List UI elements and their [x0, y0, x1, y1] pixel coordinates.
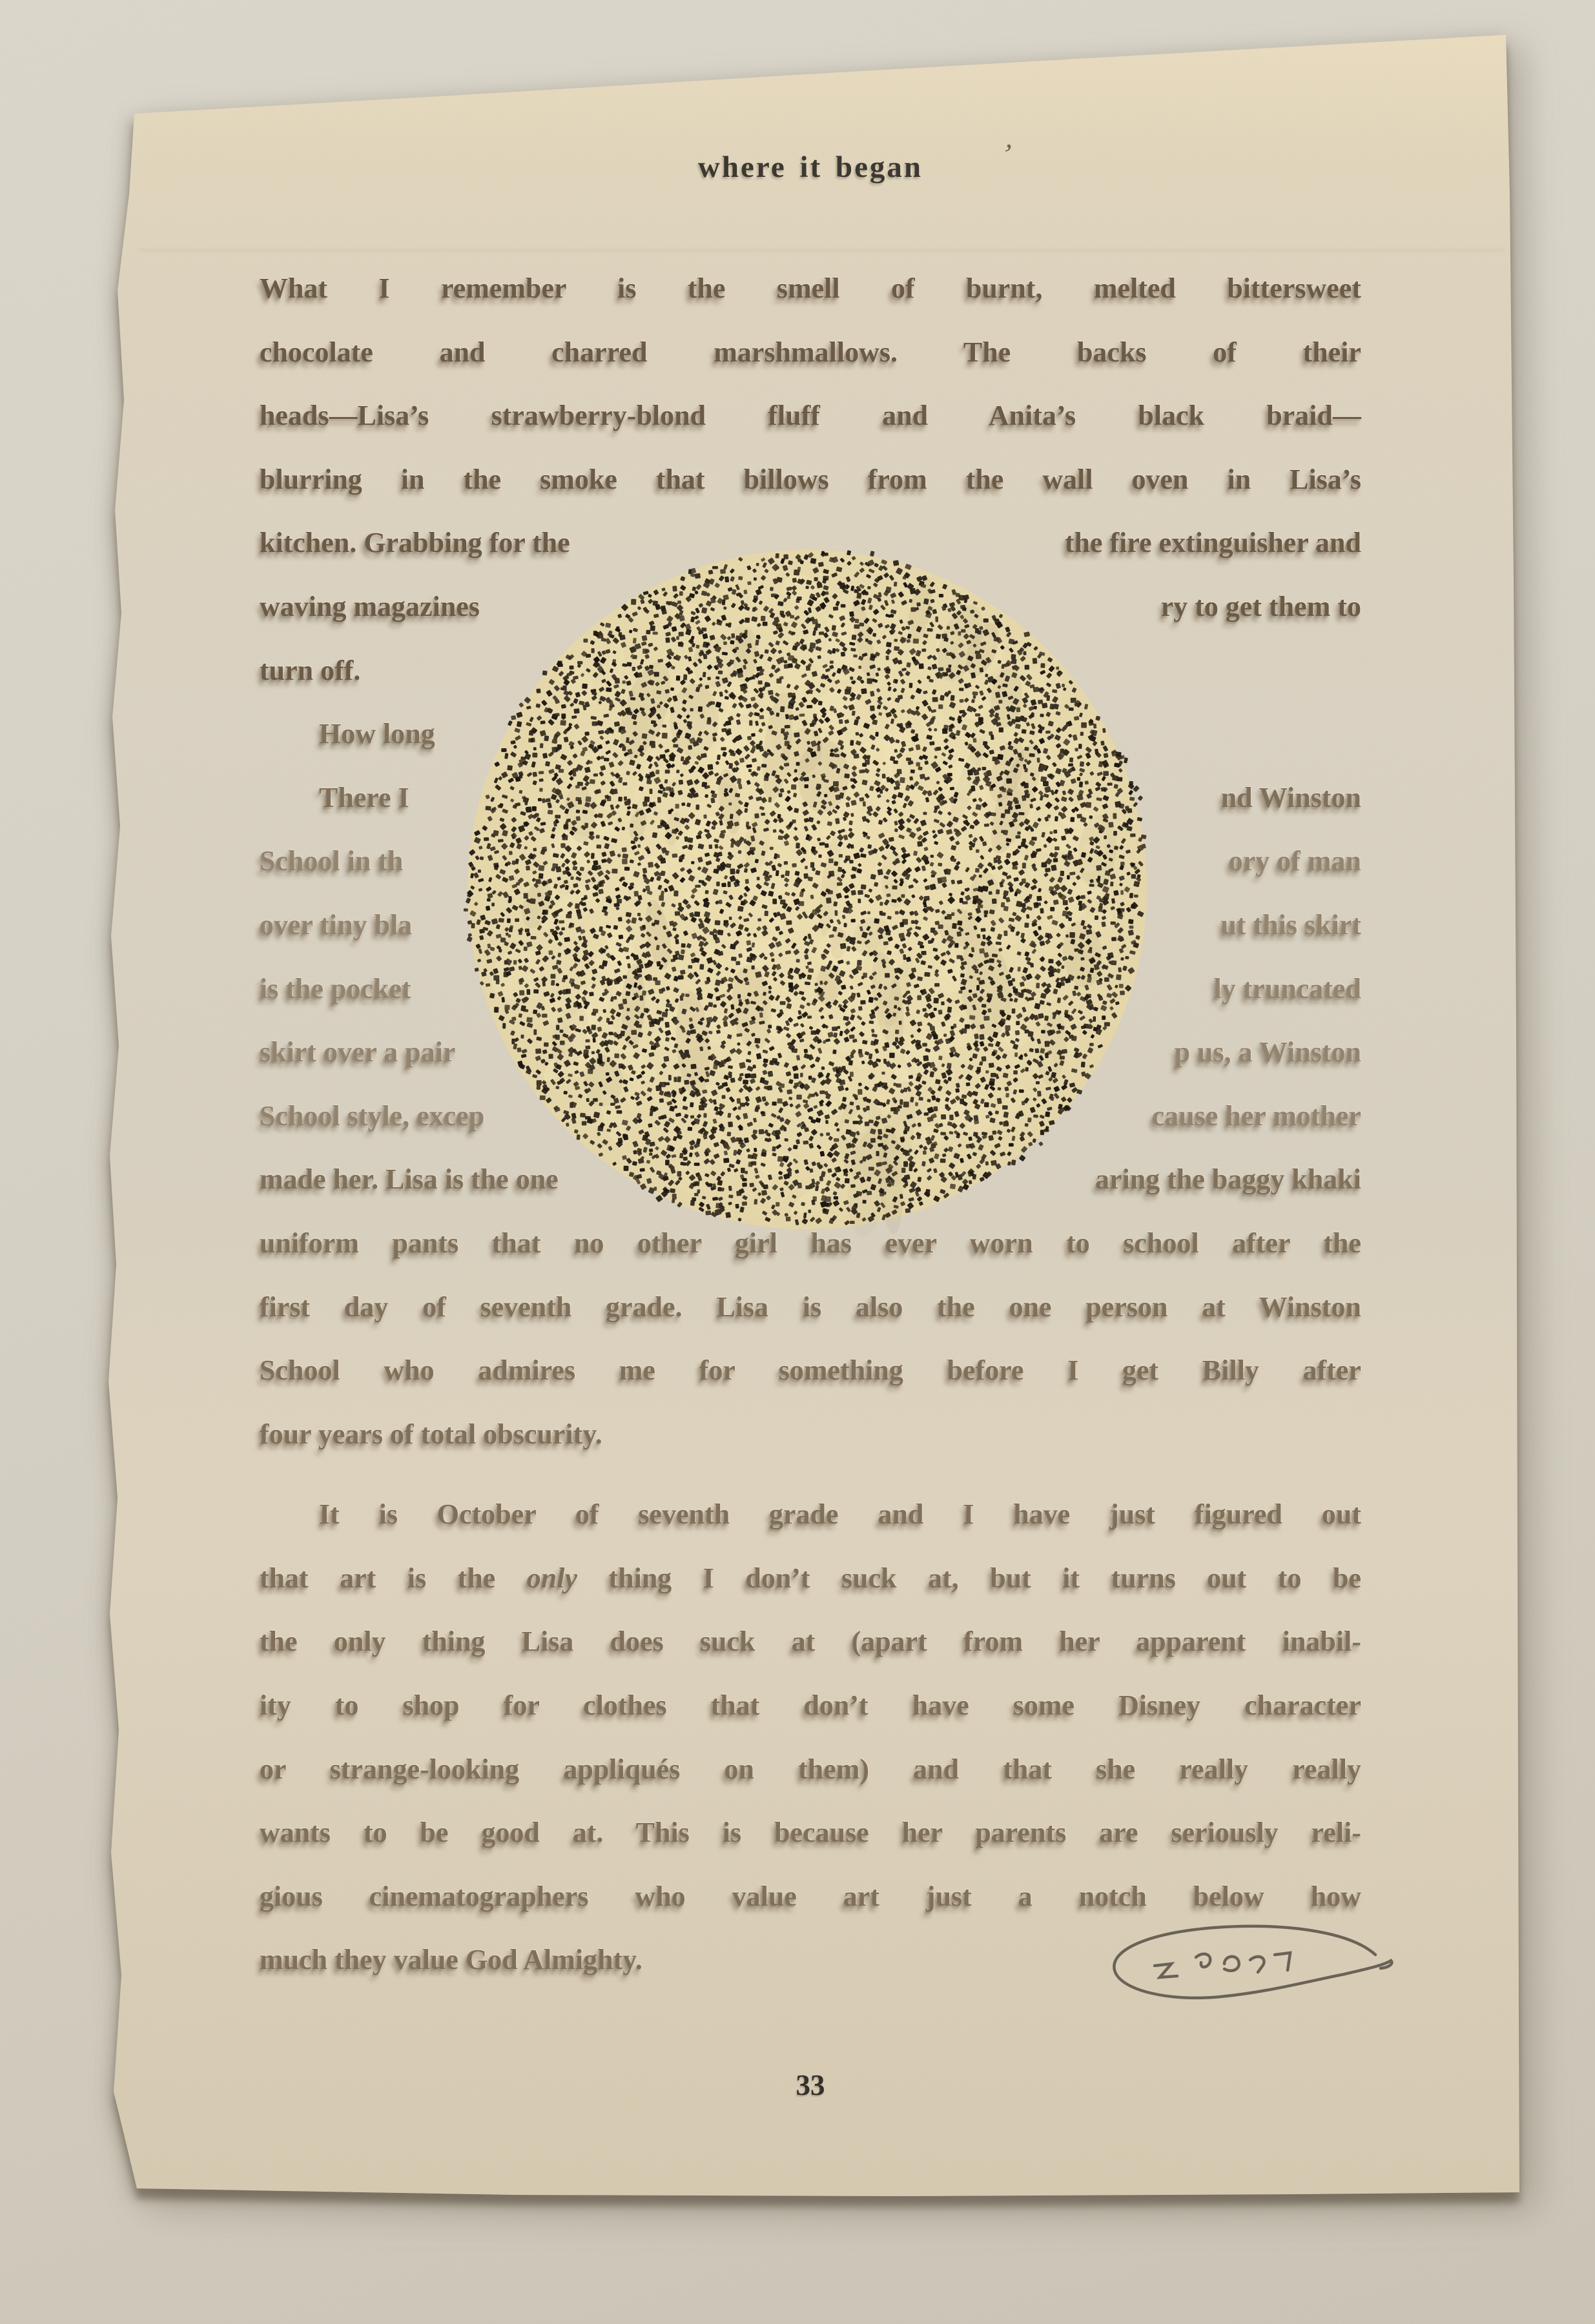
text-line: School who admires me for something befo… [260, 1339, 1361, 1403]
line-fragment-left: waving magazines [260, 575, 480, 639]
line-text: first day of seventh grade. Lisa is also… [260, 1291, 1361, 1323]
line-text: much they value God Almighty. [260, 1944, 643, 1975]
stippled-ink-circle [460, 543, 1154, 1236]
line-text: four years of total obscurity. [260, 1418, 602, 1450]
line-text: wants to be good at. This is because her… [260, 1817, 1361, 1848]
line-fragment-left: School style, excep [260, 1085, 484, 1148]
line-text: heads—Lisa’s strawberry-blond fluff and … [260, 400, 1361, 431]
line-fragment-left: skirt over a pair [260, 1021, 456, 1085]
text-line: that art is the only thing I don’t suck … [260, 1547, 1361, 1611]
line-text: the only thing Lisa does suck at (apart … [260, 1626, 1361, 1657]
text-line: four years of total obscurity. [260, 1403, 1361, 1467]
italic-word: only [527, 1562, 577, 1594]
text-line: first day of seventh grade. Lisa is also… [260, 1276, 1361, 1340]
line-text: or strange-looking appliqués on them) an… [260, 1753, 1361, 1785]
line-fragment-right: cause her mother [1152, 1085, 1361, 1148]
line-text: What I remember is the smell of burnt, m… [260, 272, 1361, 304]
line-text: blurring in the smoke that billows from … [260, 464, 1361, 495]
signature-oval-loop [1114, 1926, 1392, 1998]
line-text: that art is the [260, 1562, 527, 1594]
paper-crease-line [139, 249, 1505, 251]
line-fragment-right: ut this skirt [1220, 893, 1361, 957]
text-line: blurring in the smoke that billows from … [260, 448, 1361, 512]
line-fragment-right: p us, a Winston [1175, 1021, 1361, 1085]
text-line: chocolate and charred marshmallows. The … [260, 321, 1361, 385]
line-text: It is October of seventh grade and I hav… [319, 1498, 1361, 1530]
line-text: chocolate and charred marshmallows. The … [260, 336, 1361, 368]
photograph-of-book-page-artwork: where it began ’ What I remember is the … [0, 0, 1595, 2324]
line-fragment-left: How long [319, 702, 435, 766]
running-header-title: where it began [260, 150, 1361, 201]
line-fragment-left: is the pocket [260, 957, 411, 1021]
line-text: ity to shop for clothes that don’t have … [260, 1689, 1361, 1721]
page-shadow-wrapper: where it began ’ What I remember is the … [0, 0, 1595, 2324]
line-fragment-left: School in th [260, 830, 404, 893]
page-number: 33 [260, 2068, 1361, 2114]
signature-scribble [1155, 1953, 1290, 1977]
text-line: the only thing Lisa does suck at (apart … [260, 1610, 1361, 1674]
text-line: or strange-looking appliqués on them) an… [260, 1738, 1361, 1802]
text-line: heads—Lisa’s strawberry-blond fluff and … [260, 384, 1361, 448]
text-line: What I remember is the smell of burnt, m… [260, 257, 1361, 321]
line-fragment-right: ly truncated [1213, 957, 1361, 1021]
artist-signature [1072, 1904, 1395, 2033]
text-line: wants to be good at. This is because her… [260, 1801, 1361, 1865]
text-line: It is October of seventh grade and I hav… [260, 1483, 1361, 1547]
line-fragment-right: ry to get them to [1161, 575, 1361, 639]
line-fragment-right: ory of man [1229, 830, 1361, 893]
line-text: thing I don’t suck at, but it turns out … [577, 1562, 1361, 1594]
line-fragment-left: There I [319, 766, 409, 830]
line-fragment-right: nd Winston [1221, 766, 1361, 830]
line-text: turn off. [260, 655, 360, 686]
torn-book-page: where it began ’ What I remember is the … [0, 0, 1595, 2324]
text-line: ity to shop for clothes that don’t have … [260, 1674, 1361, 1738]
line-text: School who admires me for something befo… [260, 1354, 1361, 1386]
line-fragment-left: over tiny bla [260, 893, 412, 957]
